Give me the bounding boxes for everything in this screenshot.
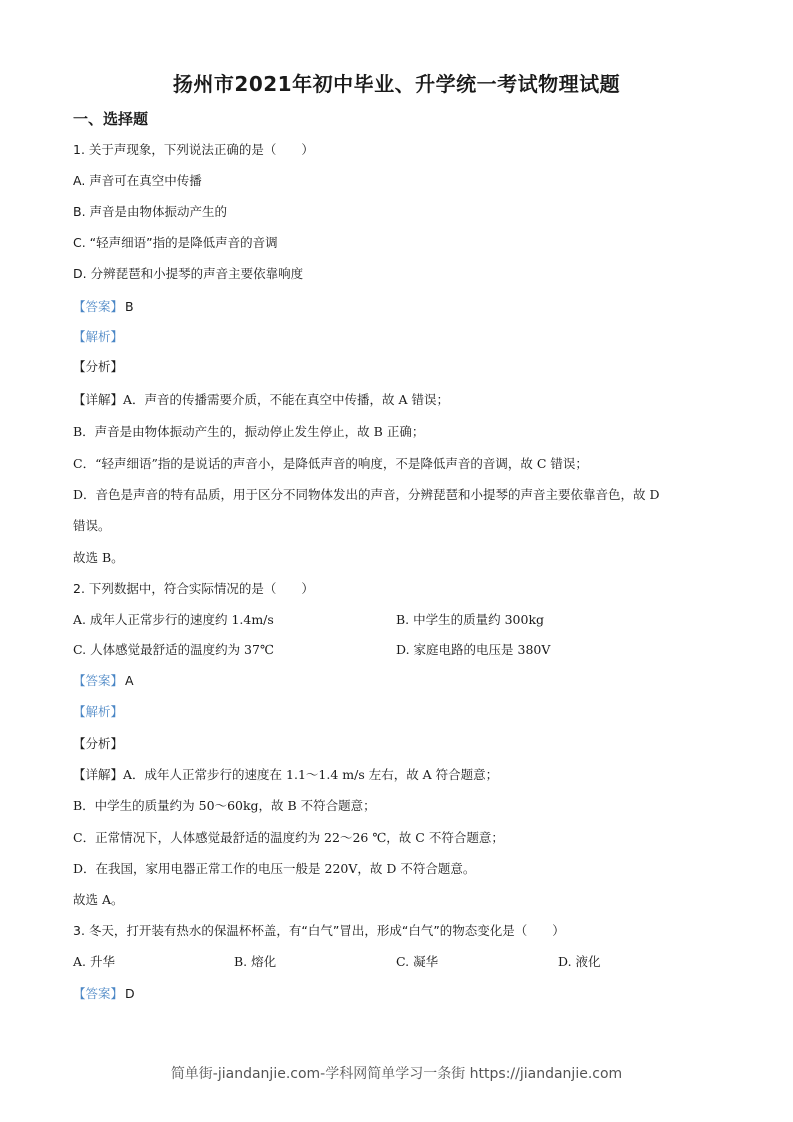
q3-option-b: B. 熔化: [234, 953, 276, 971]
jiexi-label: 【解析】: [73, 704, 123, 719]
q1-answer: 【答案】B: [73, 298, 134, 316]
section-heading: 一、选择题: [73, 108, 148, 129]
fenxi-label: 【分析】: [73, 736, 123, 751]
q2-option-b: B. 中学生的质量约 300kg: [396, 611, 544, 629]
q1-detail-d: D．音色是声音的特有品质，用于区分不同物体发出的声音，分辨琵琶和小提琴的声音主要…: [73, 486, 660, 504]
q3-answer: 【答案】D: [73, 985, 135, 1003]
q2-option-d: D. 家庭电路的电压是 380V: [396, 641, 550, 659]
answer-label: 【答案】: [73, 986, 123, 1001]
q2-fenxi-label: 【分析】: [73, 735, 123, 753]
q2-detail-c: C．正常情况下，人体感觉最舒适的温度约为 22～26 ℃，故 C 不符合题意；: [73, 829, 504, 847]
q2-option-c: C. 人体感觉最舒适的温度约为 37℃: [73, 641, 274, 659]
q1-option-d: D. 分辨琵琶和小提琴的声音主要依靠响度: [73, 265, 303, 283]
detail-text: A．声音的传播需要介质，不能在真空中传播，故 A 错误；: [123, 392, 449, 407]
q2-conclusion: 故选 A。: [73, 891, 124, 909]
page-title: 扬州市2021年初中毕业、升学统一考试物理试题: [0, 68, 793, 97]
q3-stem: 3. 冬天，打开装有热水的保温杯杯盖，有“白气”冒出，形成“白气”的物态变化是（…: [73, 922, 565, 940]
q2-jiexi-label: 【解析】: [73, 703, 123, 721]
detail-text: A．成年人正常步行的速度在 1.1～1.4 m/s 左右，故 A 符合题意；: [123, 767, 498, 782]
answer-label: 【答案】: [73, 673, 123, 688]
q2-detail-d: D．在我国，家用电器正常工作的电压一般是 220V，故 D 不符合题意。: [73, 860, 475, 878]
q3-option-a: A. 升华: [73, 953, 115, 971]
q2-answer: 【答案】A: [73, 672, 134, 690]
q1-jiexi-label: 【解析】: [73, 328, 123, 346]
q2-stem: 2. 下列数据中，符合实际情况的是（ ）: [73, 580, 314, 598]
q1-conclusion: 故选 B。: [73, 549, 124, 567]
q1-fenxi-label: 【分析】: [73, 358, 123, 376]
q1-option-a: A. 声音可在真空中传播: [73, 172, 202, 190]
document-page: 扬州市2021年初中毕业、升学统一考试物理试题 一、选择题 1. 关于声现象，下…: [0, 0, 793, 1122]
xiangjie-label: 【详解】: [73, 392, 123, 407]
q1-detail-b: B．声音是由物体振动产生的，振动停止发生停止，故 B 正确；: [73, 423, 424, 441]
q2-option-a: A. 成年人正常步行的速度约 1.4m/s: [73, 611, 274, 629]
q1-option-b: B. 声音是由物体振动产生的: [73, 203, 227, 221]
q2-detail-a: 【详解】A．成年人正常步行的速度在 1.1～1.4 m/s 左右，故 A 符合题…: [73, 766, 498, 784]
q1-detail-c: C．“轻声细语”指的是说话的声音小，是降低声音的响度，不是降低声音的音调，故 C…: [73, 455, 588, 473]
jiexi-label: 【解析】: [73, 329, 123, 344]
q2-detail-b: B．中学生的质量约为 50～60kg，故 B 不符合题意；: [73, 797, 376, 815]
xiangjie-label: 【详解】: [73, 767, 123, 782]
answer-value: D: [125, 986, 135, 1001]
q3-option-d: D. 液化: [558, 953, 601, 971]
footer-watermark: 简单街-jiandanjie.com-学科网简单学习一条街 https://ji…: [0, 1063, 793, 1083]
q1-option-c: C. “轻声细语”指的是降低声音的音调: [73, 234, 278, 252]
q3-option-c: C. 凝华: [396, 953, 438, 971]
answer-value: B: [125, 299, 134, 314]
answer-value: A: [125, 673, 134, 688]
q1-stem: 1. 关于声现象，下列说法正确的是（ ）: [73, 141, 314, 159]
answer-label: 【答案】: [73, 299, 123, 314]
q1-detail-a: 【详解】A．声音的传播需要介质，不能在真空中传播，故 A 错误；: [73, 391, 449, 409]
q1-detail-d-cont: 错误。: [73, 517, 111, 535]
fenxi-label: 【分析】: [73, 359, 123, 374]
